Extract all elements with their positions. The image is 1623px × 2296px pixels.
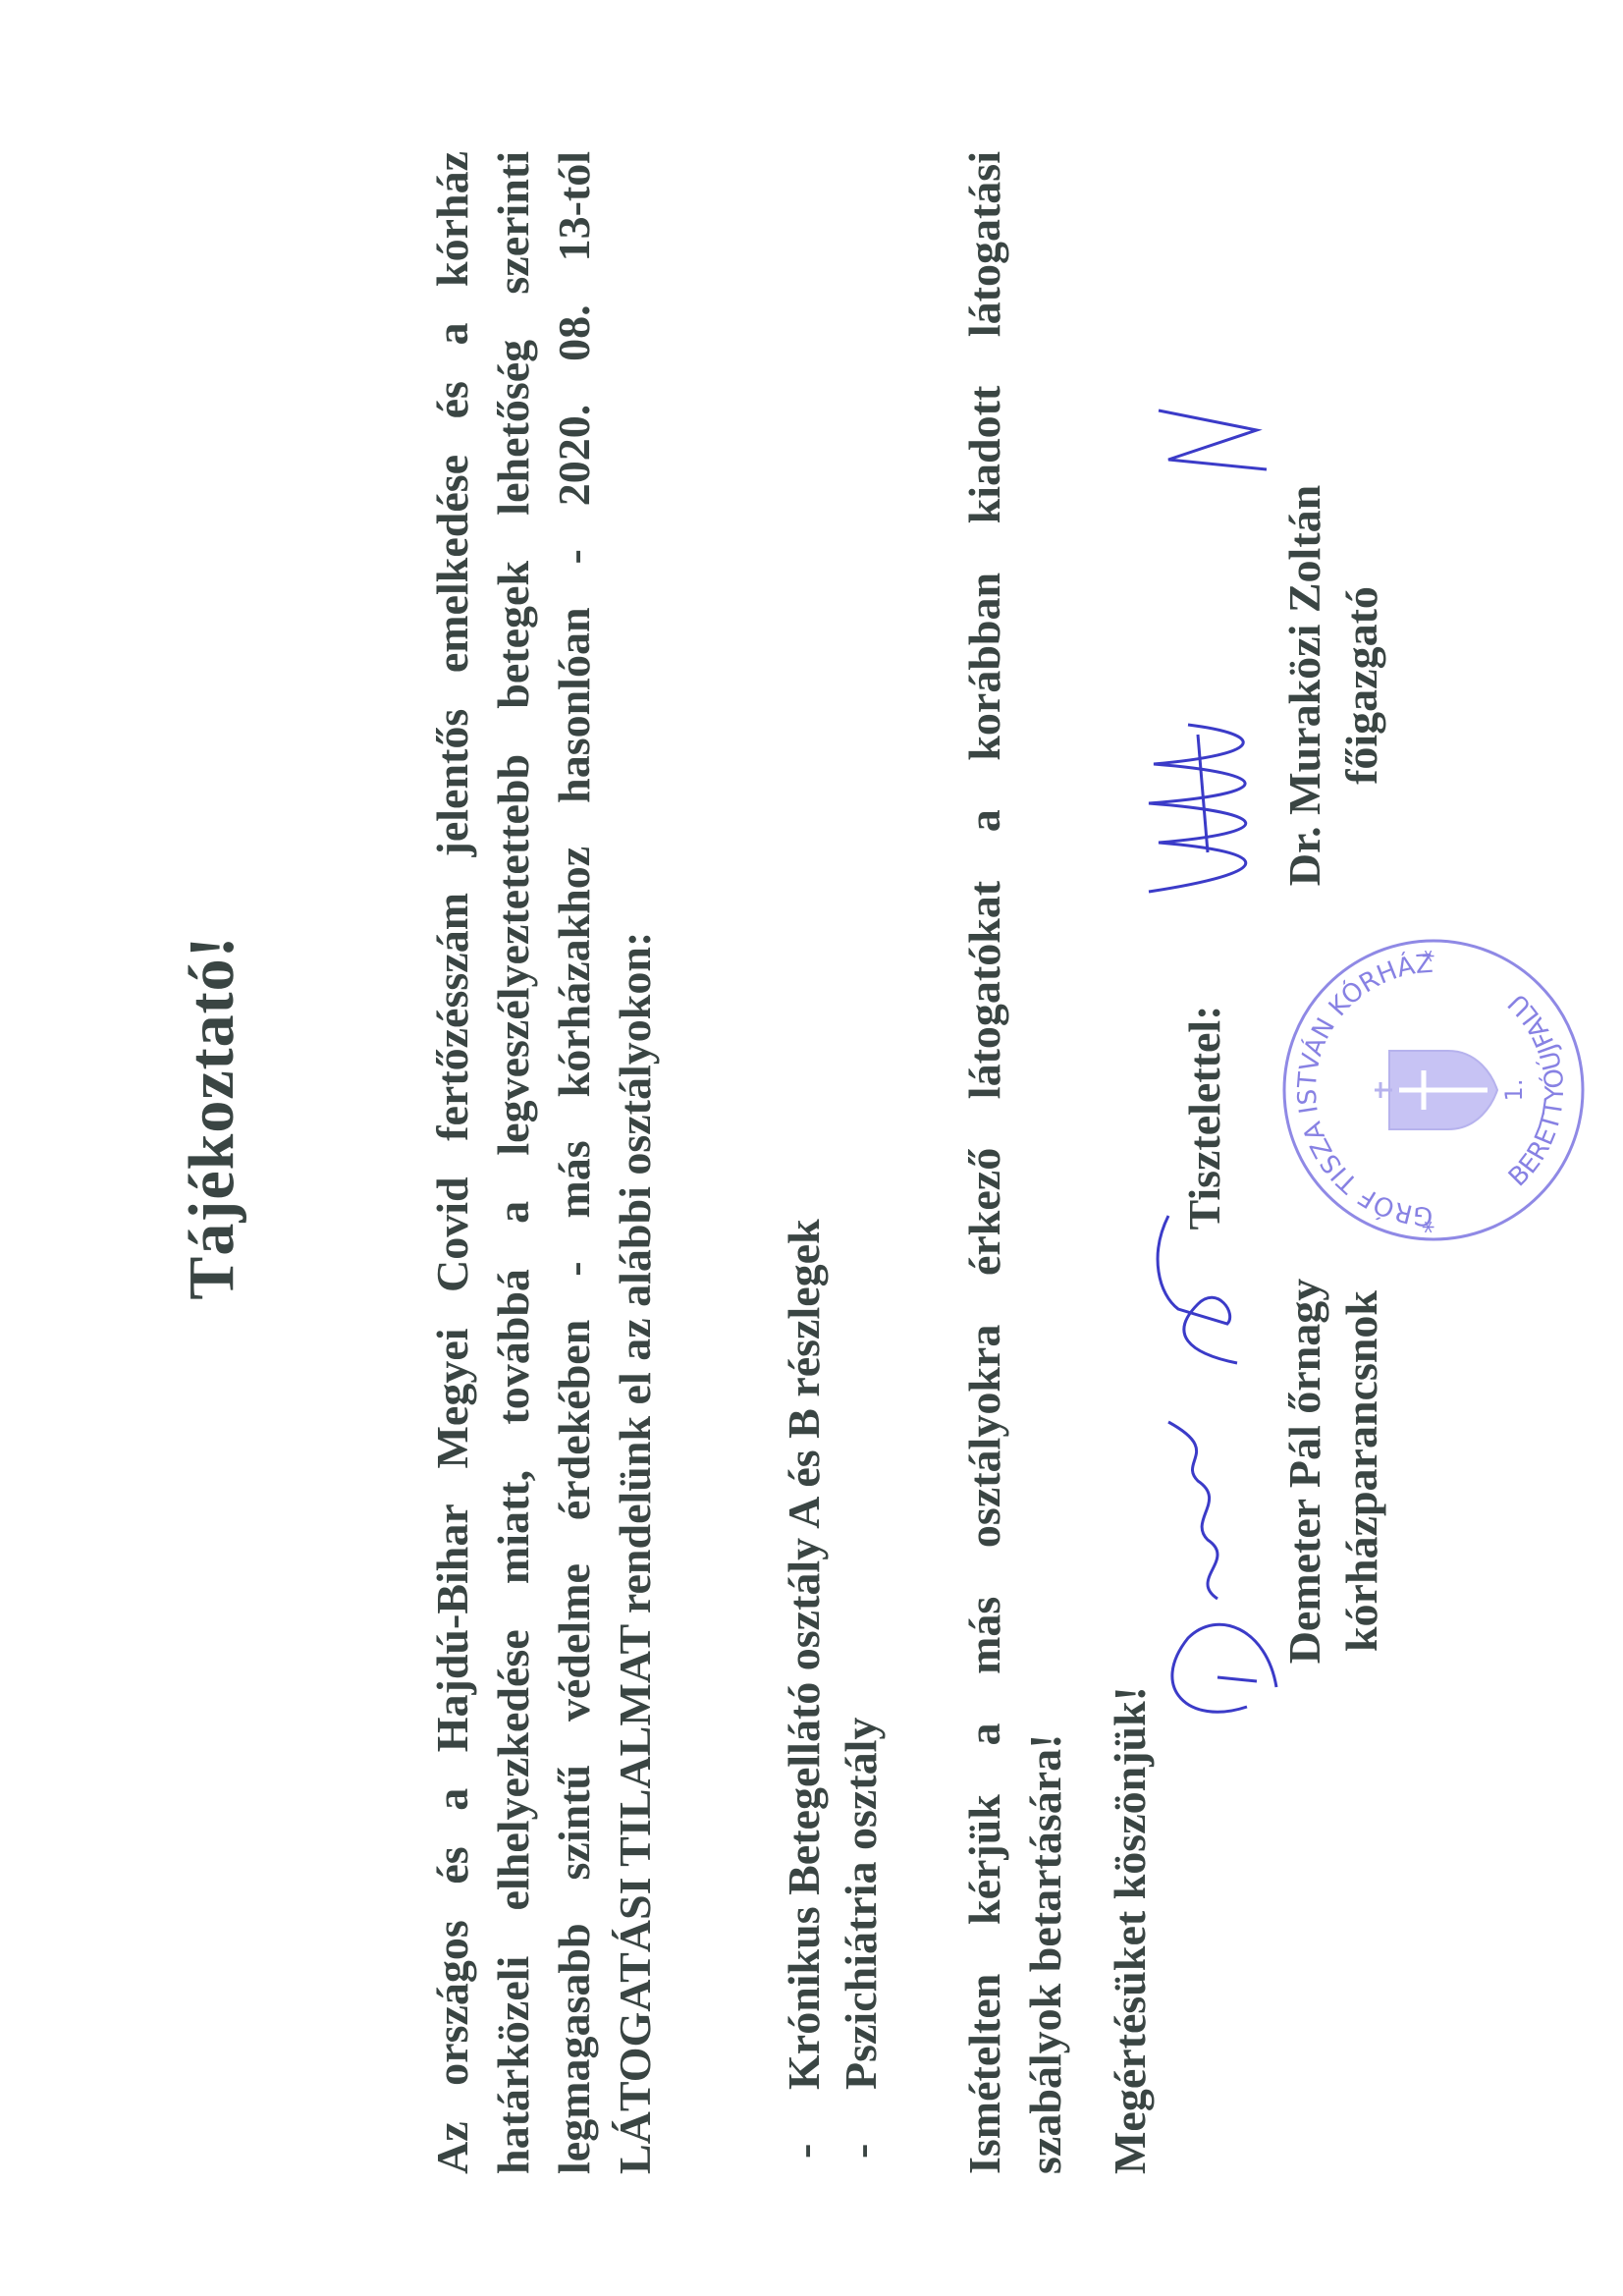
official-stamp: GRÓF TISZA ISTVÁN KÓRHÁZ BERETTYÓÚJFALU … [1276, 933, 1591, 1247]
document-title: Tájékoztató! [175, 0, 249, 2296]
stamp-separator-left: * [1419, 1221, 1448, 1233]
signatory-role: főigazgató [1333, 430, 1390, 941]
thanks-line: Megértésüket köszönjük! [1104, 1686, 1156, 2174]
handwritten-signature-left [1129, 1196, 1286, 1746]
department-list: - Krónikus Betegellátó osztály A és B ré… [776, 1219, 890, 2159]
signatory-role: kórházparancsnok [1333, 1196, 1390, 1746]
paragraph-line: Az országos és a Hajdú-Bihar Megyei Covi… [422, 151, 483, 2174]
signatory-right: Dr. Muraközi Zoltán főigazgató [1276, 430, 1390, 941]
stamp-separator-right: * [1419, 950, 1448, 962]
list-item-text: Krónikus Betegellátó osztály A és B rész… [776, 1219, 833, 2090]
handwritten-signature-right [1129, 381, 1286, 931]
list-item-text: Pszichiátria osztály [833, 1718, 890, 2090]
paragraph-visiting-ban: Az országos és a Hajdú-Bihar Megyei Covi… [422, 151, 666, 2174]
list-item: - Pszichiátria osztály [833, 1219, 890, 2159]
paragraph-line: Ismételten kérjük a más osztályokra érke… [954, 151, 1015, 2174]
signatory-name: Demeter Pál őrnagy [1276, 1196, 1333, 1746]
paragraph-line: határközeli elhelyezkedése miatt, tovább… [483, 151, 544, 2174]
signatory-name: Dr. Muraközi Zoltán [1276, 430, 1333, 941]
list-bullet: - [776, 2090, 833, 2159]
paragraph-visitor-rules: Ismételten kérjük a más osztályokra érke… [954, 151, 1076, 2174]
signatory-left: Demeter Pál őrnagy kórházparancsnok [1276, 1196, 1390, 1746]
coat-of-arms-icon [1375, 1051, 1497, 1129]
document-page: Tájékoztató! Az országos és a Hajdú-Biha… [0, 0, 1623, 2296]
paragraph-line: szabályok betartására! [1015, 151, 1076, 2174]
paragraph-line: LÁTOGATÁSI TILALMAT rendelünk el az aláb… [605, 151, 666, 2174]
paragraph-line: legmagasabb szintű védelme érdekében - m… [544, 151, 605, 2174]
list-bullet: - [833, 2090, 890, 2159]
list-item: - Krónikus Betegellátó osztály A és B ré… [776, 1219, 833, 2159]
stamp-number: 1. [1500, 1079, 1528, 1102]
